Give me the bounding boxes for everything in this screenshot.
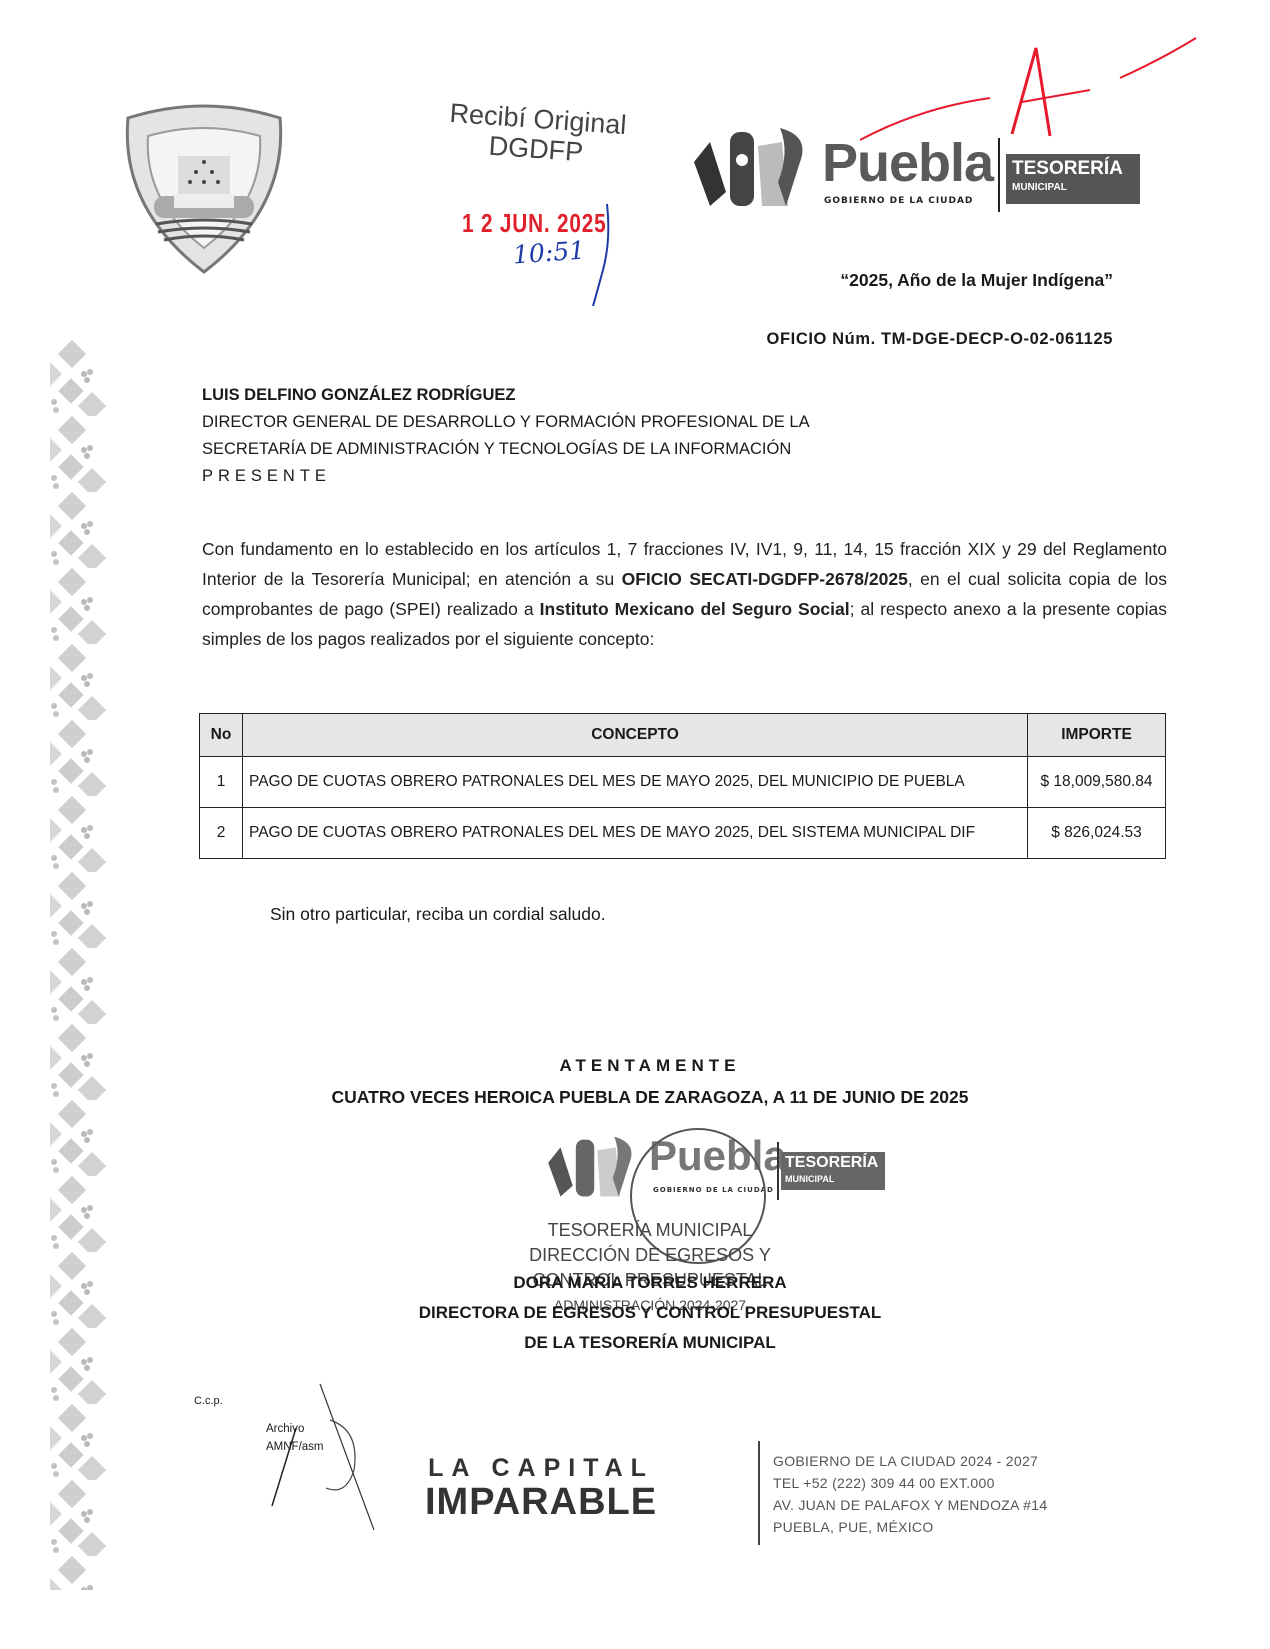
signer-title-line1: DIRECTORA DE EGRESOS Y CONTROL PRESUPUES…: [30, 1298, 1270, 1328]
recipient-title-line1: DIRECTOR GENERAL DE DESARROLLO Y FORMACI…: [202, 409, 810, 436]
header-importe: IMPORTE: [1028, 714, 1166, 757]
signer-title-line2: DE LA TESORERÍA MUNICIPAL: [30, 1328, 1270, 1358]
header-no: No: [200, 714, 243, 757]
receipt-handwritten-time: 10:51: [512, 236, 586, 270]
recipient-title-line2: SECRETARÍA DE ADMINISTRACIÓN Y TECNOLOGÍ…: [202, 436, 810, 463]
tesoreria-badge: TESORERÍAMUNICIPAL: [781, 1152, 885, 1190]
ccp-label: C.c.p.: [194, 1395, 223, 1407]
footer-divider: [758, 1441, 760, 1545]
tesoreria-badge: TESORERÍA MUNICIPAL: [1006, 154, 1140, 204]
table-row: 1 PAGO DE CUOTAS OBRERO PATRONALES DEL M…: [200, 757, 1166, 808]
address-line: TEL +52 (222) 309 44 00 EXT.000: [773, 1472, 1047, 1494]
city-shield-logo: [118, 98, 290, 276]
signer-name: DORA MARÍA TORRES HERRERA: [30, 1268, 1270, 1298]
header-concepto: CONCEPTO: [243, 714, 1028, 757]
decorative-border-pattern: [40, 340, 110, 1590]
closing-line: Sin otro particular, reciba un cordial s…: [270, 904, 606, 925]
row-no: 2: [200, 808, 243, 859]
table-header-row: No CONCEPTO IMPORTE: [200, 714, 1166, 757]
puebla-emblem-icon: [690, 122, 820, 208]
year-motto: “2025, Año de la Mujer Indígena”: [840, 270, 1113, 291]
recipient-presente: PRESENTE: [202, 463, 810, 490]
seal-line2: DIRECCIÓN DE EGRESOS Y: [30, 1243, 1270, 1268]
puebla-tesoreria-logo: Puebla GOBIERNO DE LA CIUDAD TESORERÍA M…: [690, 118, 1130, 214]
payments-table: No CONCEPTO IMPORTE 1 PAGO DE CUOTAS OBR…: [199, 713, 1166, 859]
slogan-la-capital-imparable: LA CAPITAL IMPARABLE: [425, 1454, 657, 1521]
initials-scribble: [250, 1380, 400, 1530]
address-line: GOBIERNO DE LA CIUDAD 2024 - 2027: [773, 1450, 1047, 1472]
footer-address: GOBIERNO DE LA CIUDAD 2024 - 2027 TEL +5…: [773, 1450, 1047, 1538]
entity-name: Instituto Mexicano del Seguro Social: [540, 599, 850, 619]
logo-wordmark: Puebla: [822, 132, 993, 194]
slogan-top: LA CAPITAL: [425, 1454, 657, 1483]
logo-divider: [777, 1142, 779, 1200]
oficio-number: OFICIO Núm. TM-DGE-DECP-O-02-061125: [767, 330, 1113, 349]
table-row: 2 PAGO DE CUOTAS OBRERO PATRONALES DEL M…: [200, 808, 1166, 859]
atentamente-label: ATENTAMENTE: [0, 1056, 1270, 1076]
address-line: PUEBLA, PUE, MÉXICO: [773, 1516, 1047, 1538]
recipient-block: LUIS DELFINO GONZÁLEZ RODRÍGUEZ DIRECTOR…: [202, 382, 810, 490]
signer-block: DORA MARÍA TORRES HERRERA DIRECTORA DE E…: [0, 1268, 1270, 1358]
receipt-stamp: Recibí Original DGDFP: [430, 97, 644, 172]
handwritten-signature-stroke: [585, 200, 615, 310]
place-and-date: CUATRO VECES HEROICA PUEBLA DE ZARAGOZA,…: [0, 1087, 1270, 1108]
row-concepto: PAGO DE CUOTAS OBRERO PATRONALES DEL MES…: [243, 757, 1028, 808]
slogan-bottom: IMPARABLE: [425, 1483, 657, 1521]
recipient-name: LUIS DELFINO GONZÁLEZ RODRÍGUEZ: [202, 382, 810, 409]
seal-line1: TESORERÍA MUNICIPAL: [30, 1218, 1270, 1243]
row-importe: $ 18,009,580.84: [1028, 757, 1166, 808]
row-no: 1: [200, 757, 243, 808]
row-concepto: PAGO DE CUOTAS OBRERO PATRONALES DEL MES…: [243, 808, 1028, 859]
oficio-reference: OFICIO SECATI-DGDFP-2678/2025: [622, 569, 908, 589]
logo-divider: [998, 138, 1000, 212]
body-paragraph: Con fundamento en lo establecido en los …: [202, 534, 1167, 654]
logo-subtitle: GOBIERNO DE LA CIUDAD: [824, 196, 973, 206]
address-line: AV. JUAN DE PALAFOX Y MENDOZA #14: [773, 1494, 1047, 1516]
row-importe: $ 826,024.53: [1028, 808, 1166, 859]
